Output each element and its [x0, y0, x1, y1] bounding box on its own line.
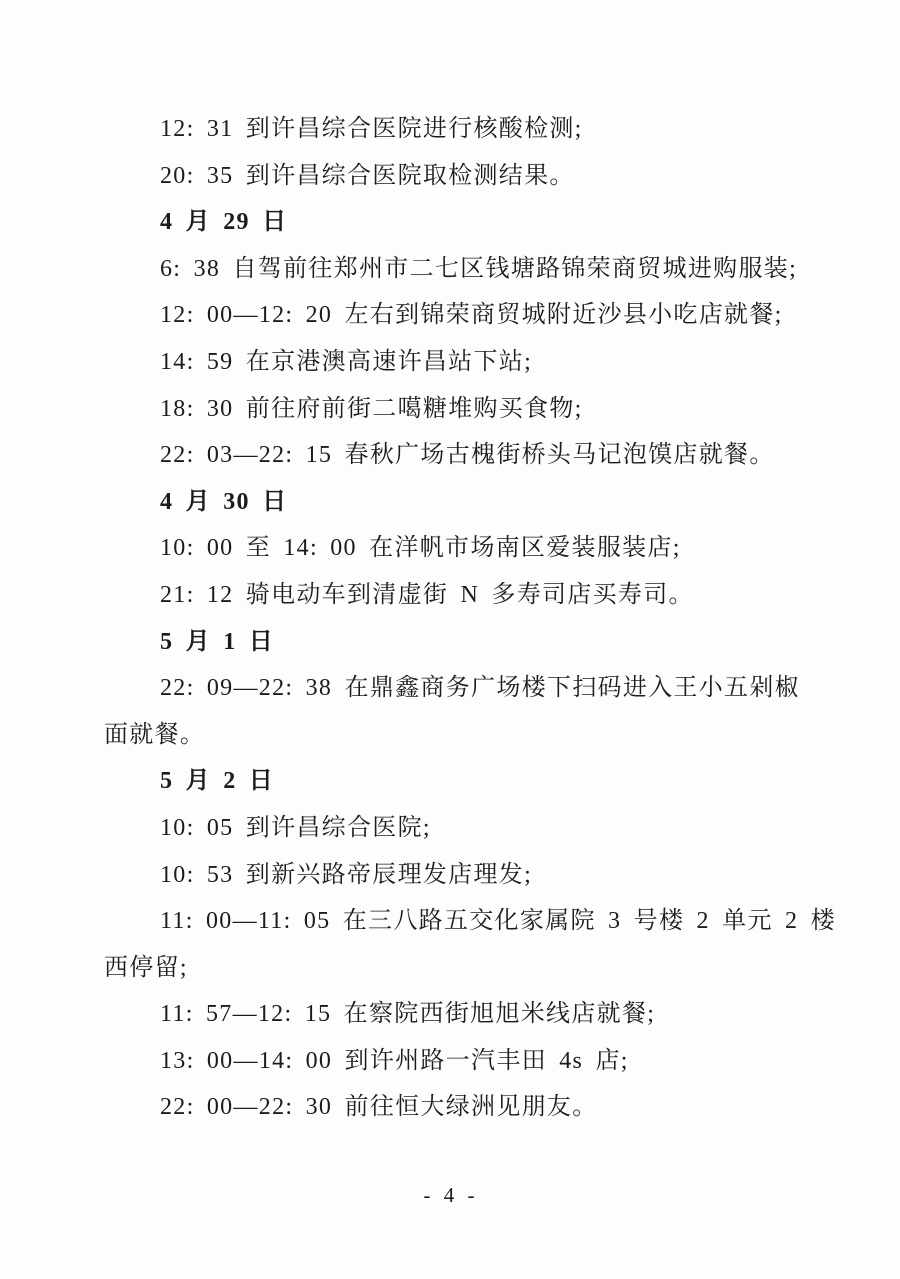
- timeline-entry: 6: 38 自驾前往郑州市二七区钱塘路锦荣商贸城进购服装;: [104, 246, 810, 293]
- timeline-entry: 10: 53 到新兴路帝辰理发店理发;: [104, 852, 810, 899]
- timeline-entry: 22: 03—22: 15 春秋广场古槐街桥头马记泡馍店就餐。: [104, 432, 810, 479]
- date-heading: 4 月 30 日: [104, 479, 810, 526]
- document-page: 12: 31 到许昌综合医院进行核酸检测; 20: 35 到许昌综合医院取检测结…: [0, 0, 900, 1279]
- date-heading: 5 月 2 日: [104, 758, 810, 805]
- page-number: - 4 -: [0, 1183, 900, 1208]
- timeline-entry: 13: 00—14: 00 到许州路一汽丰田 4s 店;: [104, 1038, 810, 1085]
- timeline-entry: 12: 00—12: 20 左右到锦荣商贸城附近沙县小吃店就餐;: [104, 292, 810, 339]
- timeline-entry: 11: 00—11: 05 在三八路五交化家属院 3 号楼 2 单元 2 楼: [104, 898, 810, 945]
- timeline-entry: 22: 09—22: 38 在鼎鑫商务广场楼下扫码进入王小五剁椒: [104, 665, 810, 712]
- timeline-entry-continuation: 西停留;: [104, 945, 810, 992]
- timeline-entry: 22: 00—22: 30 前往恒大绿洲见朋友。: [104, 1084, 810, 1131]
- timeline-entry: 20: 35 到许昌综合医院取检测结果。: [104, 153, 810, 200]
- timeline-entry: 10: 00 至 14: 00 在洋帆市场南区爱装服装店;: [104, 525, 810, 572]
- timeline-entry: 11: 57—12: 15 在察院西街旭旭米线店就餐;: [104, 991, 810, 1038]
- document-body: 12: 31 到许昌综合医院进行核酸检测; 20: 35 到许昌综合医院取检测结…: [104, 106, 810, 1131]
- date-heading: 4 月 29 日: [104, 199, 810, 246]
- timeline-entry-continuation: 面就餐。: [104, 712, 810, 759]
- timeline-entry: 18: 30 前往府前街二噶糖堆购买食物;: [104, 386, 810, 433]
- timeline-entry: 21: 12 骑电动车到清虚街 N 多寿司店买寿司。: [104, 572, 810, 619]
- timeline-entry: 10: 05 到许昌综合医院;: [104, 805, 810, 852]
- timeline-entry: 12: 31 到许昌综合医院进行核酸检测;: [104, 106, 810, 153]
- date-heading: 5 月 1 日: [104, 619, 810, 666]
- timeline-entry: 14: 59 在京港澳高速许昌站下站;: [104, 339, 810, 386]
